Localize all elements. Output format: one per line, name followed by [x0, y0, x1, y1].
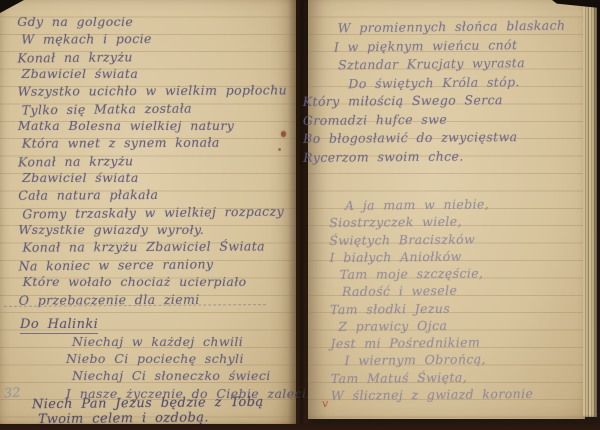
- ink-stain: [281, 131, 286, 137]
- poem-line: Tylko się Matka została: [22, 98, 288, 118]
- poem-line: Cała natura płakała: [18, 186, 288, 205]
- poem-line: I wiernym Obrońcą,: [345, 350, 533, 369]
- poem-line: Zbawiciel świata: [22, 65, 287, 82]
- poem-dedication: Niechaj w każdej chwili Niebo Ci pociech…: [72, 333, 311, 402]
- poem-line: Na koniec w serce raniony: [18, 254, 288, 274]
- poem-line: Bo błogosławić do zwycięstwa: [303, 128, 518, 148]
- poem-line: Matka Bolesna wielkiej natury: [18, 117, 287, 134]
- right-page: W promiennych słońca blaskach I w piękny…: [308, 0, 585, 419]
- poem-line: Które wołało chociaż ucierpiało: [23, 273, 288, 290]
- poem-line: Tam słodki Jezus: [330, 298, 532, 317]
- poem-line: Rycerzom swoim chce.: [303, 147, 518, 167]
- poem-line: Jest mi Pośrednikiem: [330, 333, 532, 352]
- poem-line: Świętych Braciszków: [329, 229, 531, 248]
- poem-line: Która wnet z synem konała: [22, 134, 288, 153]
- poem-line: Siostrzyczek wiele,: [329, 212, 531, 231]
- poem-line: Niebo Ci pociechę schyli: [66, 350, 311, 367]
- poem-line: Niechaj w każdej chwili: [72, 333, 311, 350]
- poem-line: Radość i wesele: [342, 281, 532, 300]
- poem-line: W mękach i pocie: [21, 30, 287, 49]
- page-edges: [583, 4, 597, 417]
- poem-line: Zbawiciel świata: [22, 169, 287, 186]
- poem-line: Konał na krzyżu Zbawiciel Świata: [22, 238, 288, 257]
- poem-line: Tam moje szczęście,: [340, 264, 532, 283]
- page-number: 32: [3, 385, 21, 401]
- poem-line: Z prawicy Ojca: [338, 316, 532, 335]
- poem-line: W promiennych słońca blaskach: [338, 17, 566, 38]
- poem-line: Konał na krzyżu: [18, 150, 288, 170]
- notebook-photo: Gdy na golgocie W mękach i pocie Konał n…: [0, 0, 600, 430]
- poem-line: Gromadzi hufce swe: [303, 110, 518, 130]
- table-edge-shadow: [0, 422, 600, 430]
- poem-line: Gromy trzaskały w wielkiej rozpaczy: [22, 202, 288, 222]
- dedication-heading: Do Halinki: [20, 317, 98, 334]
- poem-sztandar-first-stanza: W promiennych słońca blaskach I w piękny…: [338, 17, 567, 94]
- poem-sztandar-second-stanza: Który miłością Swego Serca Gromadzi hufc…: [303, 91, 518, 167]
- poem-line: Niech Pan Jezus będzie z Tobą: [32, 395, 264, 412]
- poem-line: Wszystko ucichło w wielkim popłochu: [18, 82, 288, 101]
- poem-line: Wszystkie gwiazdy wyroły.: [18, 221, 287, 238]
- poem-line: W ślicznej z gwiazd koronie: [331, 385, 533, 404]
- poem-line: Do świętych Króla stóp.: [348, 72, 566, 93]
- poem-line: Niechaj Ci słoneczko świeci: [72, 367, 311, 384]
- poem-line: I białych Aniołków: [329, 247, 531, 266]
- poem-line: Gdy na golgocie: [17, 13, 286, 30]
- poem-niebo: A ja mam w niebie, Siostrzyczek wiele, Ś…: [329, 195, 533, 404]
- left-page: Gdy na golgocie W mękach i pocie Konał n…: [0, 0, 296, 424]
- red-checkmark: v: [321, 397, 329, 411]
- poem-golgota: Gdy na golgocie W mękach i pocie Konał n…: [17, 12, 288, 308]
- poem-line: Tam Matuś Święta,: [331, 367, 533, 386]
- poem-line: Konał na krzyżu: [17, 46, 287, 66]
- poem-line: Który miłością Swego Serca: [303, 91, 518, 111]
- poem-line: A ja mam w niebie,: [345, 195, 531, 214]
- ink-stain: [278, 148, 281, 151]
